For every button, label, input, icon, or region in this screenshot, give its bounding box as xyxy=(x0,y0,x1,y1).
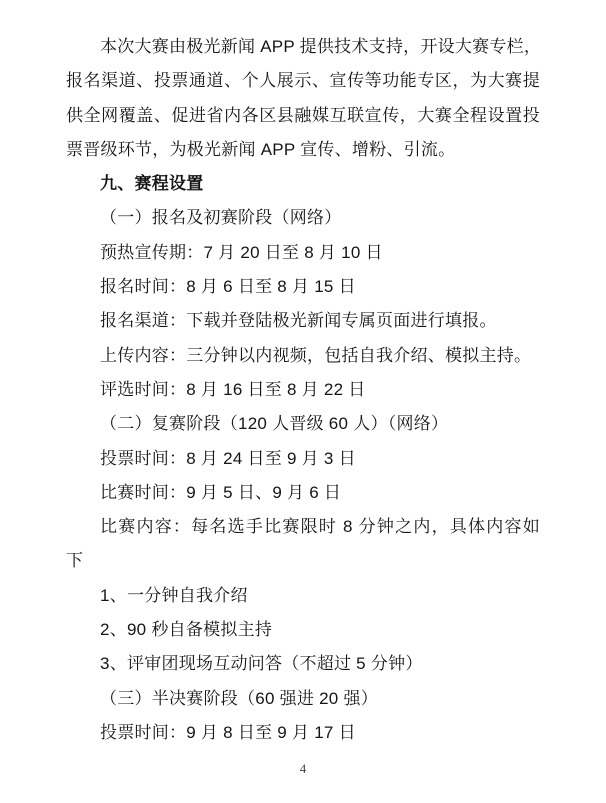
document-page: 本次大赛由极光新闻 APP 提供技术支持，开设大赛专栏， 报名渠道、投票通道、个… xyxy=(0,0,606,803)
schedule-line: 报名时间：8 月 6 日至 8 月 15 日 xyxy=(66,270,540,304)
stage-heading-line: （三）半决赛阶段（60 强进 20 强） xyxy=(66,682,540,716)
section-heading: 九、赛程设置 xyxy=(66,167,540,201)
intro-paragraph-line: 供全网覆盖、促进省内各区县融媒互联宣传，大赛全程设置投 xyxy=(66,99,540,133)
schedule-line: 评选时间：8 月 16 日至 8 月 22 日 xyxy=(66,373,540,407)
schedule-line: 上传内容：三分钟以内视频，包括自我介绍、模拟主持。 xyxy=(66,339,540,373)
numbered-item-line: 2、90 秒自备模拟主持 xyxy=(66,613,540,647)
numbered-item-line: 3、评审团现场互动问答（不超过 5 分钟） xyxy=(66,647,540,681)
numbered-item-line: 1、一分钟自我介绍 xyxy=(66,579,540,613)
schedule-line: 比赛时间：9 月 5 日、9 月 6 日 xyxy=(66,476,540,510)
schedule-line: 投票时间：9 月 8 日至 9 月 17 日 xyxy=(66,716,540,750)
schedule-line: 投票时间：8 月 24 日至 9 月 3 日 xyxy=(66,442,540,476)
intro-paragraph-line: 票晋级环节，为极光新闻 APP 宣传、增粉、引流。 xyxy=(66,133,540,167)
schedule-line: 报名渠道：下载并登陆极光新闻专属页面进行填报。 xyxy=(66,304,540,338)
document-content: 本次大赛由极光新闻 APP 提供技术支持，开设大赛专栏， 报名渠道、投票通道、个… xyxy=(66,30,540,750)
intro-paragraph-line: 报名渠道、投票通道、个人展示、宣传等功能专区，为大赛提 xyxy=(66,64,540,98)
schedule-line: 比赛内容：每名选手比赛限时 8 分钟之内，具体内容如 xyxy=(66,510,540,544)
intro-paragraph-line: 本次大赛由极光新闻 APP 提供技术支持，开设大赛专栏， xyxy=(66,30,540,64)
stage-heading-line: （一）报名及初赛阶段（网络） xyxy=(66,201,540,235)
stage-heading-line: （二）复赛阶段（120 人晋级 60 人）（网络） xyxy=(66,407,540,441)
schedule-line: 预热宣传期：7 月 20 日至 8 月 10 日 xyxy=(66,236,540,270)
schedule-line: 下 xyxy=(66,544,540,578)
page-number: 4 xyxy=(0,760,606,777)
